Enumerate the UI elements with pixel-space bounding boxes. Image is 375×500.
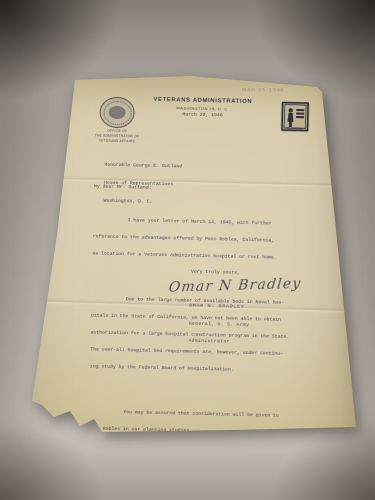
letter-content: MAR 25 1946 OFFICE OF THE ADMINISTRATOR … [22, 74, 360, 441]
seal-caption-line: VETERANS AFFAIRS [77, 138, 157, 145]
recipient-name: Honorable George E. Outland [104, 163, 182, 171]
paragraph-1: I have your letter of March 14, 1946, wi… [92, 206, 292, 273]
paper-shadow-layer: MAR 25 1946 OFFICE OF THE ADMINISTRATOR … [0, 0, 375, 500]
body-line: as location for a Veterans Administratio… [92, 251, 291, 261]
signer-rank: General, U. S. Army [189, 321, 250, 328]
signature-block: OMAR N. BRADLEY General, U. S. Army Admi… [188, 293, 250, 358]
body-line: I have your letter of March 14, 1946, wi… [93, 217, 292, 227]
closing: Very truly yours, [191, 270, 240, 277]
body-line: reference to the advantages offered by P… [93, 234, 292, 244]
stamp-art [281, 102, 309, 132]
body-line: You may be assured that consideration wi… [89, 409, 288, 419]
signer-name: OMAR N. BRADLEY [189, 304, 250, 311]
body-line: Paso Robles in our planning studies. [88, 426, 287, 436]
signer-title: Administrator [188, 339, 249, 346]
paragraph-3: You may be assured that consideration wi… [88, 397, 288, 447]
salutation: My dear Mr. Outland: [94, 184, 152, 191]
body-line: ing study by the Federal Board of Hospit… [90, 364, 289, 374]
letter-paper: MAR 25 1946 OFFICE OF THE ADMINISTRATOR … [30, 75, 360, 435]
photo-of-letter: MAR 25 1946 OFFICE OF THE ADMINISTRATOR … [0, 0, 375, 500]
soldier-stamp-icon [281, 102, 309, 132]
seal-caption: OFFICE OF THE ADMINISTRATOR OF VETERANS … [77, 128, 157, 144]
letterhead: VETERANS ADMINISTRATION WASHINGTON 25, D… [38, 74, 369, 121]
